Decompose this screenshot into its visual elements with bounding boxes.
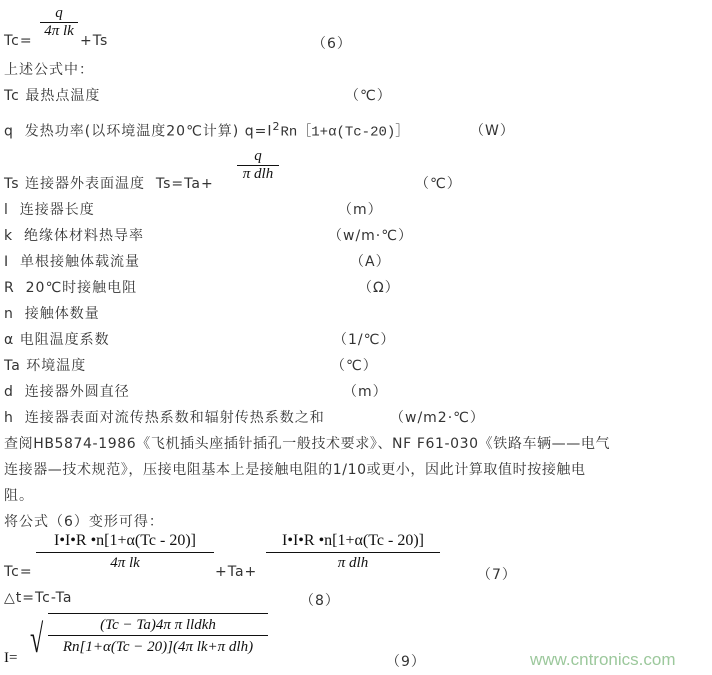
variable-tc: Tc 最热点温度 [4, 85, 100, 105]
variable-symbol: R [4, 280, 15, 296]
sqrt-overline [48, 613, 268, 614]
variable-symbol: l [4, 202, 9, 218]
variable-symbol: α [4, 332, 14, 348]
eq6-lhs: Tc= [4, 33, 33, 49]
variable-l: l 连接器长度 [4, 199, 95, 219]
variable-desc: 连接器长度 [20, 202, 95, 218]
variable-k-unit: （w/m·℃） [328, 225, 413, 245]
variable-ta: Ta 环境温度 [4, 355, 86, 375]
variable-desc: 发热功率(以环境温度20℃计算) [25, 124, 239, 140]
variable-l-unit: （m） [338, 199, 383, 219]
eq6-fraction: q 4π lk [40, 4, 78, 39]
variable-h-unit: （w/m2·℃） [390, 407, 485, 427]
eq7-mid: +Ta+ [215, 564, 257, 580]
ts-numerator: q [237, 147, 279, 165]
eq8-number: （8） [300, 590, 340, 610]
eq7-fraction-1-numerator: I•I•R •n[1+α(Tc - 20)] [36, 530, 214, 552]
variable-ts: Ts 连接器外表面温度 Ts=Ta+ [4, 173, 214, 193]
eq6-numerator: q [40, 4, 78, 22]
reference-paragraph-line-2: 连接器—技术规范》，压接电阻基本上是接触电阻的1/10或更小，因此计算取值时按接… [4, 459, 586, 479]
variable-symbol: Ts [4, 176, 20, 192]
variable-desc: 最热点温度 [25, 88, 100, 104]
eq9-lhs: I= [4, 650, 17, 667]
variable-symbol: q [4, 124, 14, 140]
variable-d: d 连接器外圆直径 [4, 381, 130, 401]
eq7-fraction-1: I•I•R •n[1+α(Tc - 20)] 4π lk [36, 530, 214, 573]
variable-i: I 单根接触体载流量 [4, 251, 140, 271]
q-formula-prefix: q=I [245, 124, 273, 140]
variable-symbol: h [4, 410, 14, 426]
transform-intro: 将公式（6）变形可得： [4, 511, 164, 531]
variable-desc: 绝缘体材料热导率 [24, 228, 144, 244]
q-formula-rest: Rn［1+α(Tc-20)］ [280, 125, 409, 141]
eq7-fraction-2: I•I•R •n[1+α(Tc - 20)] π dlh [266, 530, 440, 573]
variable-q: q 发热功率(以环境温度20℃计算) q=I2Rn［1+α(Tc-20)］ [4, 120, 409, 141]
variable-k: k 绝缘体材料热导率 [4, 225, 144, 245]
eq9-number: （9） [386, 651, 426, 671]
variable-h: h 连接器表面对流传热系数和辐射传热系数之和 [4, 407, 325, 427]
variable-desc: 连接器表面对流传热系数和辐射传热系数之和 [25, 410, 325, 426]
ts-denominator: π dlh [237, 166, 279, 182]
intro-text: 上述公式中： [4, 59, 94, 79]
variable-symbol: Ta [4, 358, 21, 374]
eq7-number: （7） [477, 564, 517, 584]
eq6-denominator: 4π lk [40, 23, 78, 39]
variable-desc: 连接器外表面温度 [25, 176, 145, 192]
eq6-number: （6） [312, 33, 352, 53]
variable-alpha: α 电阻温度系数 [4, 329, 110, 349]
ts-fraction: q π dlh [237, 147, 279, 182]
variable-symbol: d [4, 384, 14, 400]
variable-r: R 20℃时接触电阻 [4, 277, 137, 297]
variable-desc: 环境温度 [26, 358, 86, 374]
eq7-fraction-1-denominator: 4π lk [36, 553, 214, 573]
eq6-tail: +Ts [80, 33, 108, 49]
variable-alpha-unit: （1/℃） [333, 329, 395, 349]
reference-paragraph-line-1: 查阅HB5874-1986《飞机插头座插针插孔一般技术要求》、NF F61-03… [4, 433, 610, 453]
ts-formula-prefix: Ts=Ta+ [156, 176, 214, 192]
eq7-fraction-2-denominator: π dlh [266, 553, 440, 573]
variable-q-unit: （W） [470, 120, 515, 140]
eq8-text: △t=Tc-Ta [4, 590, 72, 606]
variable-ts-unit: （℃） [415, 173, 462, 193]
variable-desc: 单根接触体载流量 [20, 254, 140, 270]
variable-desc: 20℃时接触电阻 [26, 280, 138, 296]
variable-n: n 接触体数量 [4, 303, 100, 323]
variable-symbol: I [4, 254, 9, 270]
eq7-fraction-2-numerator: I•I•R •n[1+α(Tc - 20)] [266, 530, 440, 552]
variable-tc-unit: （℃） [345, 85, 392, 105]
variable-desc: 电阻温度系数 [20, 332, 110, 348]
variable-desc: 接触体数量 [25, 306, 100, 322]
variable-ta-unit: （℃） [331, 355, 378, 375]
variable-symbol: Tc [4, 88, 20, 104]
variable-symbol: n [4, 306, 14, 322]
eq9-denominator: Rn[1+α(Tc − 20)](4π lk+π dlh) [48, 636, 268, 658]
watermark: www.cntronics.com [530, 650, 675, 670]
variable-r-unit: （Ω） [358, 277, 400, 297]
variable-d-unit: （m） [343, 381, 388, 401]
eq7-lhs: Tc= [4, 564, 33, 580]
eq9-numerator: (Tc − Ta)4π π lldkh [48, 615, 268, 635]
eq9-fraction: (Tc − Ta)4π π lldkh Rn[1+α(Tc − 20)](4π … [48, 615, 268, 658]
variable-desc: 连接器外圆直径 [25, 384, 130, 400]
sqrt-icon: √ [30, 617, 43, 661]
variable-i-unit: （A） [350, 251, 391, 271]
variable-symbol: k [4, 228, 13, 244]
reference-paragraph-line-3: 阻。 [4, 485, 34, 505]
